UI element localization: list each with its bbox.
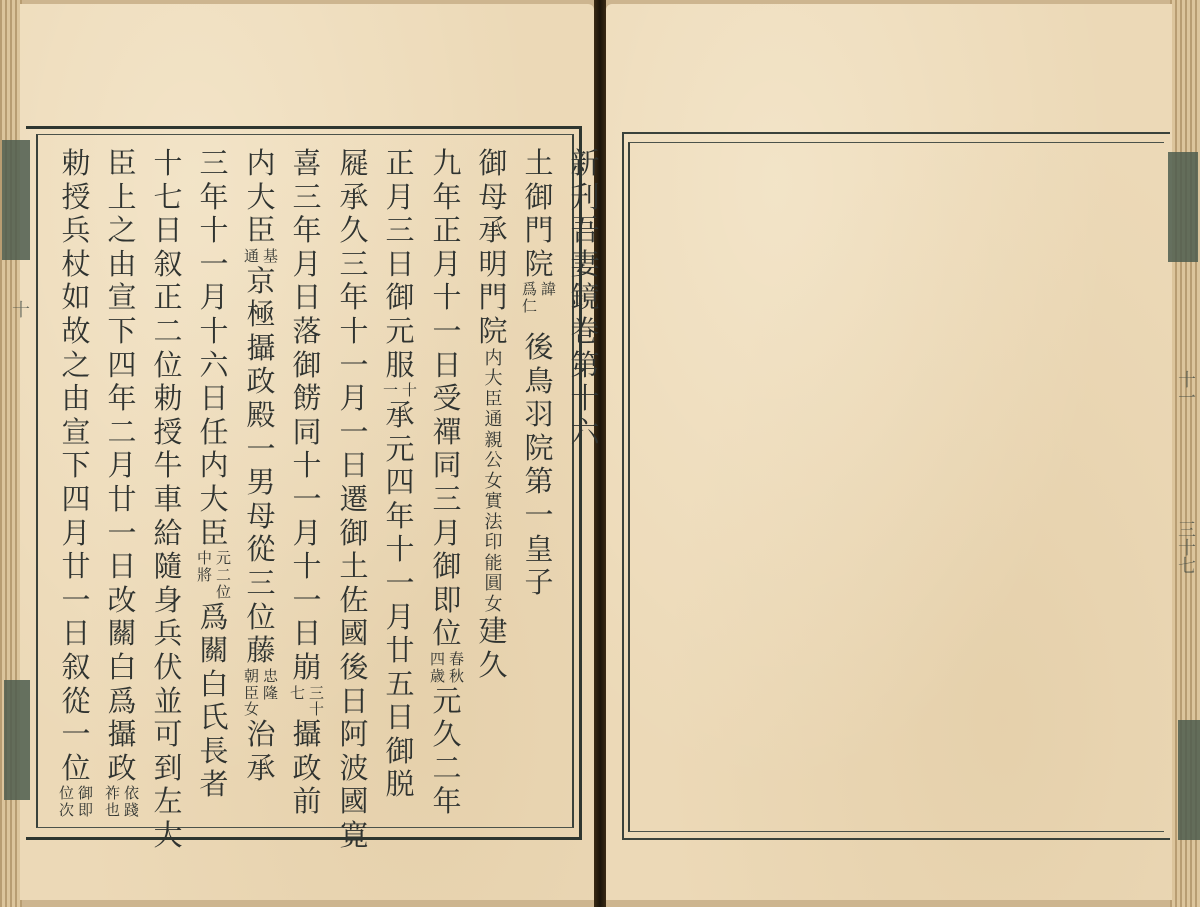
char: 者 (196, 768, 232, 802)
char: 吾 (567, 214, 603, 248)
char: 餝 (289, 382, 325, 416)
char: 位 (150, 349, 186, 383)
char: 新 (567, 147, 603, 181)
char: 皇 (521, 533, 557, 567)
char: 土 (521, 147, 557, 181)
char: 後 (336, 651, 372, 685)
char: 三 (382, 214, 418, 248)
char: 日 (58, 617, 94, 651)
char: 承 (336, 181, 372, 215)
char: 廿 (58, 550, 94, 584)
char: 御 (429, 550, 465, 584)
char: 一 (429, 315, 465, 349)
char: 御 (336, 517, 372, 551)
char: 臣 (104, 147, 140, 181)
char: 一 (336, 349, 372, 383)
char: 關 (104, 617, 140, 651)
char: 臣 (243, 214, 279, 248)
char: 爲 (196, 601, 232, 635)
char: 御 (289, 349, 325, 383)
char: 攝 (104, 718, 140, 752)
char: 第 (567, 349, 603, 383)
char: 政 (243, 365, 279, 399)
annotation: 御即位次 (58, 785, 94, 819)
char: 廿 (382, 634, 418, 668)
char: 御 (475, 147, 511, 181)
char: 日 (382, 248, 418, 282)
char: 隨 (150, 550, 186, 584)
char: 九 (429, 147, 465, 181)
char: 屣 (336, 147, 372, 181)
char: 十 (382, 533, 418, 567)
char: 月 (336, 382, 372, 416)
char: 一 (196, 248, 232, 282)
char: 二 (150, 315, 186, 349)
char: 巻 (567, 315, 603, 349)
char: 殿 (243, 399, 279, 433)
char: 同 (289, 416, 325, 450)
char: 故 (58, 315, 94, 349)
annotation: 諱爲仁 (521, 281, 557, 315)
char: 改 (104, 584, 140, 618)
char: 鏡 (567, 281, 603, 315)
char: 之 (58, 349, 94, 383)
char: 二 (429, 752, 465, 786)
char: 同 (429, 449, 465, 483)
char: 十 (336, 315, 372, 349)
char: 從 (243, 533, 279, 567)
char: 爲 (104, 685, 140, 719)
char: 建 (475, 615, 511, 649)
char: 政 (289, 752, 325, 786)
char: 伏 (150, 651, 186, 685)
char: 位 (429, 617, 465, 651)
char: 服 (382, 349, 418, 383)
char: 二 (104, 416, 140, 450)
annotation: 内大臣通親公女實法印能圓女 (485, 349, 502, 616)
char: 正 (150, 281, 186, 315)
char: 位 (243, 601, 279, 635)
char: 氏 (196, 701, 232, 735)
char: 藤 (243, 634, 279, 668)
annotation: 春秋四歳 (429, 651, 465, 685)
text-column-4: 九年正月十一日受禪同三月御即位春秋四歳元久二年 (427, 147, 467, 819)
char: 月 (429, 248, 465, 282)
char: 十 (196, 315, 232, 349)
char: 正 (429, 214, 465, 248)
char: 承 (475, 214, 511, 248)
char: 國 (336, 785, 372, 819)
char: 月 (382, 181, 418, 215)
char: 子 (521, 566, 557, 600)
char: 刋 (567, 181, 603, 215)
char: 月 (289, 248, 325, 282)
char: 由 (104, 248, 140, 282)
char: 日 (150, 214, 186, 248)
char: 授 (150, 416, 186, 450)
text-column-5: 正月三日御元服十一承元四年十一月廿五日御脱 (380, 147, 420, 802)
char: 授 (58, 181, 94, 215)
char: 第 (521, 465, 557, 499)
text-column-12: 勅授兵杖如故之由宣下四月廿一日叙從一位御即位次 (56, 147, 96, 819)
char: 喜 (289, 147, 325, 181)
char: 十 (429, 281, 465, 315)
char: 五 (382, 668, 418, 702)
char: 一 (289, 584, 325, 618)
char: 十 (289, 550, 325, 584)
annotation: 依踐祚也 (104, 785, 140, 819)
right-edge-label-1: 十一 (1172, 370, 1198, 406)
annotation: 忠隆朝臣女 (243, 668, 279, 718)
char: 並 (150, 685, 186, 719)
char: 受 (429, 382, 465, 416)
char: 月 (58, 517, 94, 551)
char: 從 (58, 685, 94, 719)
char: 後 (521, 331, 557, 365)
char: 阿 (336, 718, 372, 752)
char: 車 (150, 483, 186, 517)
char: 上 (104, 181, 140, 215)
char: 三 (289, 181, 325, 215)
char: 四 (382, 466, 418, 500)
text-column-11: 臣上之由宣下四年二月廿一日改關白爲攝政依踐祚也 (102, 147, 142, 819)
char: 年 (196, 181, 232, 215)
char: 勅 (150, 382, 186, 416)
char: 如 (58, 281, 94, 315)
char: 佐 (336, 584, 372, 618)
char: 杖 (58, 248, 94, 282)
char: 由 (58, 382, 94, 416)
char: 院 (475, 315, 511, 349)
char: 白 (104, 651, 140, 685)
char: 承 (382, 399, 418, 433)
char: 一 (382, 567, 418, 601)
char: 遷 (336, 483, 372, 517)
char: 御 (382, 281, 418, 315)
char: 國 (336, 617, 372, 651)
char: 給 (150, 517, 186, 551)
char: 一 (336, 416, 372, 450)
char: 御 (521, 181, 557, 215)
char: 禪 (429, 416, 465, 450)
char: 京 (243, 265, 279, 299)
left-edge-label: 十 (6, 300, 32, 318)
char: 母 (243, 500, 279, 534)
right-edge-label-2: 三十七 (1172, 520, 1198, 574)
char: 日 (382, 701, 418, 735)
text-column-9: 三年十一月十六日任内大臣元二位中將爲關白氏長者 (194, 147, 234, 802)
char: 日 (289, 617, 325, 651)
char: 三 (243, 567, 279, 601)
char: 久 (429, 718, 465, 752)
char: 叙 (150, 248, 186, 282)
char: 元 (382, 433, 418, 467)
char: 三 (196, 147, 232, 181)
char: 攝 (289, 718, 325, 752)
char: 兵 (150, 617, 186, 651)
char: 叙 (58, 651, 94, 685)
char: 可 (150, 718, 186, 752)
char: 妻 (567, 248, 603, 282)
char: 日 (196, 382, 232, 416)
char: 土 (336, 550, 372, 584)
char: 明 (475, 248, 511, 282)
char: 大 (243, 181, 279, 215)
char: 門 (521, 214, 557, 248)
char: 極 (243, 298, 279, 332)
char: 年 (104, 382, 140, 416)
char: 母 (475, 181, 511, 215)
char: 崩 (289, 651, 325, 685)
char: 十 (289, 449, 325, 483)
char: 任 (196, 416, 232, 450)
char: 年 (429, 785, 465, 819)
char: 院 (521, 248, 557, 282)
char: 左 (150, 785, 186, 819)
char: 十 (150, 147, 186, 181)
char: 三 (429, 483, 465, 517)
char: 日 (336, 449, 372, 483)
char: 六 (196, 349, 232, 383)
char: 内 (243, 147, 279, 181)
char: 久 (336, 214, 372, 248)
char: 落 (289, 315, 325, 349)
char: 前 (289, 785, 325, 819)
char: 承 (243, 752, 279, 786)
char: 一 (104, 517, 140, 551)
right-page-inner-frame (628, 142, 1164, 832)
char: 年 (429, 181, 465, 215)
text-column-3: 御母承明門院内大臣通親公女實法印能圓女建久 (473, 147, 513, 682)
annotation: 三十七 (289, 685, 325, 719)
char: 位 (58, 752, 94, 786)
char: 身 (150, 584, 186, 618)
right-edge-block-mark-top (1168, 152, 1198, 262)
char: 一 (58, 718, 94, 752)
char: 年 (382, 500, 418, 534)
char: 日 (104, 550, 140, 584)
char: 一 (521, 499, 557, 533)
char: 月 (289, 517, 325, 551)
char: 攝 (243, 332, 279, 366)
char: 政 (104, 752, 140, 786)
char: 日 (336, 685, 372, 719)
char: 下 (104, 315, 140, 349)
char: 月 (382, 601, 418, 635)
right-edge-block-mark-bottom (1178, 720, 1200, 840)
char: 勅 (58, 147, 94, 181)
annotation: 十一 (382, 382, 418, 399)
char: 四 (104, 349, 140, 383)
char: 月 (429, 517, 465, 551)
char: 元 (429, 685, 465, 719)
char: 久 (475, 649, 511, 683)
char: 宣 (104, 281, 140, 315)
book-spine-gutter (594, 0, 606, 907)
char: 脱 (382, 768, 418, 802)
char: 羽 (521, 398, 557, 432)
text-column-1: 新刋吾妻鏡巻第十六 (565, 147, 605, 449)
char: 一 (289, 483, 325, 517)
char: 三 (336, 248, 372, 282)
char: 長 (196, 735, 232, 769)
text-column-8: 内大臣基通京極攝政殿一男母從三位藤忠隆朝臣女治承 (241, 147, 281, 785)
char: 四 (58, 483, 94, 517)
char: 内 (196, 449, 232, 483)
char: 臣 (196, 517, 232, 551)
char: 寛 (336, 819, 372, 853)
char: 日 (289, 281, 325, 315)
char: 日 (429, 349, 465, 383)
char: 月 (196, 281, 232, 315)
char: 一 (243, 433, 279, 467)
char: 波 (336, 752, 372, 786)
char: 十 (196, 214, 232, 248)
char: 元 (382, 315, 418, 349)
char: 大 (196, 483, 232, 517)
char: 十 (567, 382, 603, 416)
char: 年 (336, 281, 372, 315)
char: 關 (196, 634, 232, 668)
char: 月 (104, 449, 140, 483)
text-column-10: 十七日叙正二位勅授牛車給隨身兵伏並可到左大 (148, 147, 188, 852)
char: 到 (150, 752, 186, 786)
char: 正 (382, 147, 418, 181)
char: 七 (150, 181, 186, 215)
char: 即 (429, 584, 465, 618)
char: 大 (150, 819, 186, 853)
char: 六 (567, 416, 603, 450)
annotation: 基通 (243, 248, 279, 265)
text-column-6: 屣承久三年十一月一日遷御土佐國後日阿波國寛 (334, 147, 374, 852)
char: 年 (289, 214, 325, 248)
char: 御 (382, 735, 418, 769)
text-column-7: 喜三年月日落御餝同十一月十一日崩三十七攝政前 (287, 147, 327, 819)
text-column-2: 土御門院諱爲仁後鳥羽院第一皇子 (519, 147, 559, 600)
char: 下 (58, 449, 94, 483)
char: 男 (243, 466, 279, 500)
char: 宣 (58, 416, 94, 450)
char: 一 (58, 584, 94, 618)
char: 兵 (58, 214, 94, 248)
char: 之 (104, 214, 140, 248)
char: 白 (196, 668, 232, 702)
char: 治 (243, 718, 279, 752)
char: 鳥 (521, 365, 557, 399)
annotation: 元二位中將 (196, 550, 232, 600)
char: 院 (521, 432, 557, 466)
char: 牛 (150, 449, 186, 483)
char: 門 (475, 281, 511, 315)
char: 廿 (104, 483, 140, 517)
